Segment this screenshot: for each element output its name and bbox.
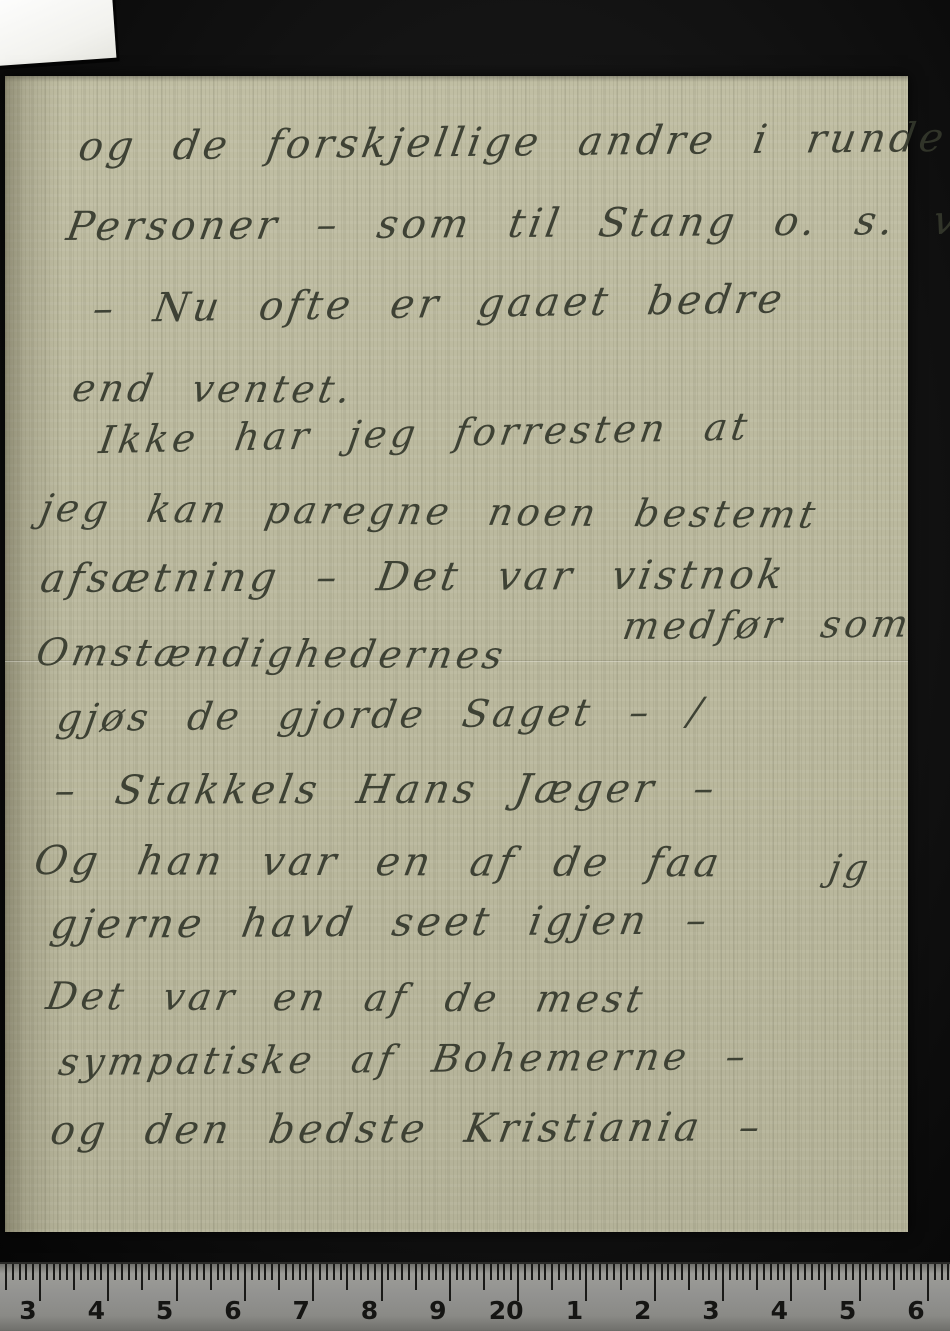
ruler-tick-mm: [100, 1264, 102, 1280]
ruler-tick-cm: [790, 1264, 792, 1301]
ruler-tick-mm: [251, 1264, 253, 1280]
ruler-tick-half: [346, 1264, 348, 1290]
ruler-tick-mm: [763, 1264, 765, 1280]
ruler-tick-mm: [886, 1264, 888, 1280]
ruler-tick-mm: [934, 1264, 936, 1280]
ruler-tick-mm: [421, 1264, 423, 1280]
ruler-tick-mm: [87, 1264, 89, 1280]
handwritten-line: – Stakkels Hans Jæger –: [51, 766, 722, 814]
ruler-number: 8: [361, 1296, 378, 1325]
ruler-tick-mm: [633, 1264, 635, 1280]
ruler-tick-mm: [292, 1264, 294, 1280]
ruler-number: 5: [839, 1296, 856, 1325]
ruler-tick-mm: [797, 1264, 799, 1280]
ruler-number: 4: [771, 1296, 788, 1325]
ruler-tick-cm: [107, 1264, 109, 1301]
ruler-tick-mm: [695, 1264, 697, 1280]
handwritten-line: Omstændighedernes: [33, 630, 510, 677]
ruler-tick-mm: [271, 1264, 273, 1280]
handwritten-line: Personer – som til Stang o. s. v: [63, 198, 950, 250]
ruler-tick-mm: [189, 1264, 191, 1280]
ruler-tick-mm: [237, 1264, 239, 1280]
ruler-tick-mm: [19, 1264, 21, 1280]
ruler-tick-mm: [25, 1264, 27, 1280]
ruler-tick-mm: [538, 1264, 540, 1280]
ruler-tick-mm: [374, 1264, 376, 1280]
ruler-tick-mm: [476, 1264, 478, 1280]
ruler-tick-mm: [340, 1264, 342, 1280]
ruler-tick-cm: [859, 1264, 861, 1301]
ruler-tick-mm: [442, 1264, 444, 1280]
ruler-tick-mm: [162, 1264, 164, 1280]
ruler-tick-mm: [128, 1264, 130, 1280]
ruler-tick-mm: [148, 1264, 150, 1280]
ruler-tick-mm: [592, 1264, 594, 1280]
ruler-tick-mm: [367, 1264, 369, 1280]
ruler-tick-mm: [606, 1264, 608, 1280]
ruler-number: 6: [224, 1296, 241, 1325]
ruler-tick-half: [141, 1264, 143, 1290]
ruler-number: 1: [566, 1296, 583, 1325]
ruler-number: 3: [702, 1296, 719, 1325]
ruler-tick-mm: [32, 1264, 34, 1280]
ruler-tick-mm: [947, 1264, 949, 1280]
ruler-tick-mm: [428, 1264, 430, 1280]
ruler-tick-mm: [599, 1264, 601, 1280]
ruler-tick-mm: [469, 1264, 471, 1280]
ruler-tick-mm: [626, 1264, 628, 1280]
ruler-tick-mm: [230, 1264, 232, 1280]
ruler-tick-half: [415, 1264, 417, 1290]
scan-background: og de forskjellige andre i rundePersoner…: [0, 0, 950, 1331]
ruler-tick-mm: [831, 1264, 833, 1280]
ruler-tick-mm: [565, 1264, 567, 1280]
handwritten-line: medfør som: [620, 601, 916, 648]
ruler-tick-half: [278, 1264, 280, 1290]
ruler-tick-mm: [258, 1264, 260, 1280]
ruler-tick-mm: [510, 1264, 512, 1280]
ruler-tick-mm: [182, 1264, 184, 1280]
ruler-tick-mm: [462, 1264, 464, 1280]
ruler-tick-mm: [736, 1264, 738, 1280]
ruler-tick-cm: [312, 1264, 314, 1301]
ruler-tick-mm: [941, 1264, 943, 1280]
ruler: 345678920123456: [0, 1262, 950, 1331]
ruler-tick-mm: [742, 1264, 744, 1280]
ruler-tick-mm: [408, 1264, 410, 1280]
ruler-tick-mm: [900, 1264, 902, 1280]
ruler-tick-mm: [777, 1264, 779, 1280]
ruler-tick-mm: [579, 1264, 581, 1280]
ruler-tick-mm: [169, 1264, 171, 1280]
ruler-tick-cm: [449, 1264, 451, 1301]
corner-tab: [0, 0, 116, 66]
ruler-tick-mm: [681, 1264, 683, 1280]
ruler-tick-mm: [155, 1264, 157, 1280]
ruler-tick-mm: [66, 1264, 68, 1280]
ruler-tick-mm: [913, 1264, 915, 1280]
ruler-tick-half: [688, 1264, 690, 1290]
ruler-number: 4: [88, 1296, 105, 1325]
handwritten-line: end ventet.: [69, 366, 358, 411]
ruler-number: 6: [907, 1296, 924, 1325]
ruler-tick-mm: [285, 1264, 287, 1280]
ruler-tick-mm: [661, 1264, 663, 1280]
ruler-tick-mm: [394, 1264, 396, 1280]
handwritten-line: jeg kan paregne noen bestemt: [37, 486, 823, 537]
ruler-tick-mm: [299, 1264, 301, 1280]
ruler-tick-mm: [80, 1264, 82, 1280]
ruler-tick-mm: [435, 1264, 437, 1280]
ruler-tick-mm: [838, 1264, 840, 1280]
ruler-tick-cm: [654, 1264, 656, 1301]
handwritten-line: Det var en af de mest: [43, 974, 650, 1021]
ruler-tick-cm: [381, 1264, 383, 1301]
handwritten-line: og den bedste Kristiania –: [47, 1104, 767, 1154]
ruler-tick-cm: [244, 1264, 246, 1301]
ruler-tick-cm: [722, 1264, 724, 1301]
ruler-tick-half: [483, 1264, 485, 1290]
ruler-number: 3: [19, 1296, 36, 1325]
ruler-tick-mm: [906, 1264, 908, 1280]
ruler-tick-mm: [531, 1264, 533, 1280]
ruler-tick-mm: [196, 1264, 198, 1280]
ruler-tick-mm: [217, 1264, 219, 1280]
ruler-tick-mm: [702, 1264, 704, 1280]
ruler-tick-half: [893, 1264, 895, 1290]
ruler-tick-mm: [46, 1264, 48, 1280]
ruler-tick-mm: [811, 1264, 813, 1280]
ruler-tick-mm: [305, 1264, 307, 1280]
ruler-tick-half: [210, 1264, 212, 1290]
ruler-tick-cm: [927, 1264, 929, 1301]
ruler-tick-mm: [872, 1264, 874, 1280]
ruler-tick-mm: [12, 1264, 14, 1280]
letter-page: og de forskjellige andre i rundePersoner…: [5, 76, 908, 1232]
ruler-tick-mm: [524, 1264, 526, 1280]
ruler-tick-mm: [613, 1264, 615, 1280]
ruler-tick-mm: [387, 1264, 389, 1280]
handwritten-line: afsætning – Det var vistnok: [37, 552, 790, 602]
ruler-tick-mm: [333, 1264, 335, 1280]
ruler-tick-half: [824, 1264, 826, 1290]
ruler-tick-mm: [920, 1264, 922, 1280]
ruler-tick-cm: [585, 1264, 587, 1301]
ruler-tick-mm: [708, 1264, 710, 1280]
ruler-tick-cm: [176, 1264, 178, 1301]
handwritten-line: Og han var en af de faa: [31, 838, 727, 886]
ruler-tick-mm: [135, 1264, 137, 1280]
ruler-tick-mm: [558, 1264, 560, 1280]
ruler-tick-half: [5, 1264, 7, 1290]
ruler-tick-mm: [503, 1264, 505, 1280]
ruler-tick-half: [756, 1264, 758, 1290]
ruler-tick-mm: [326, 1264, 328, 1280]
ruler-tick-mm: [715, 1264, 717, 1280]
ruler-tick-mm: [114, 1264, 116, 1280]
ruler-tick-mm: [852, 1264, 854, 1280]
ruler-tick-mm: [783, 1264, 785, 1280]
ruler-tick-mm: [749, 1264, 751, 1280]
handwritten-line: Ikke har jeg forresten at: [96, 404, 754, 462]
ruler-tick-cm: [39, 1264, 41, 1301]
ruler-tick-mm: [94, 1264, 96, 1280]
handwritten-line: jg: [826, 848, 875, 889]
ruler-number: 2: [634, 1296, 651, 1325]
ruler-tick-mm: [223, 1264, 225, 1280]
handwritten-line: og de forskjellige andre i runde: [75, 115, 950, 170]
ruler-tick-mm: [845, 1264, 847, 1280]
ruler-tick-half: [620, 1264, 622, 1290]
ruler-tick-mm: [319, 1264, 321, 1280]
handwritten-line: – Nu ofte er gaaet bedre: [90, 276, 790, 332]
handwritten-line: gjerne havd seet igjen –: [47, 897, 714, 948]
ruler-tick-mm: [264, 1264, 266, 1280]
handwritten-line: gjøs de gjorde Saget – /: [54, 689, 709, 740]
ruler-number: 20: [489, 1296, 524, 1325]
ruler-tick-half: [551, 1264, 553, 1290]
ruler-tick-mm: [667, 1264, 669, 1280]
ruler-tick-mm: [360, 1264, 362, 1280]
ruler-tick-mm: [879, 1264, 881, 1280]
ruler-tick-mm: [865, 1264, 867, 1280]
ruler-tick-mm: [818, 1264, 820, 1280]
ruler-number: 7: [292, 1296, 309, 1325]
handwritten-line: sympatiske af Bohemerne –: [56, 1034, 753, 1084]
ruler-number: 5: [156, 1296, 173, 1325]
ruler-number: 9: [429, 1296, 446, 1325]
ruler-tick-mm: [804, 1264, 806, 1280]
ruler-tick-mm: [497, 1264, 499, 1280]
ruler-tick-mm: [647, 1264, 649, 1280]
ruler-tick-mm: [456, 1264, 458, 1280]
ruler-tick-mm: [572, 1264, 574, 1280]
ruler-tick-mm: [59, 1264, 61, 1280]
ruler-tick-half: [73, 1264, 75, 1290]
ruler-tick-mm: [353, 1264, 355, 1280]
ruler-tick-mm: [770, 1264, 772, 1280]
handwriting-layer: og de forskjellige andre i rundePersoner…: [5, 76, 908, 1232]
ruler-tick-mm: [729, 1264, 731, 1280]
ruler-tick-mm: [674, 1264, 676, 1280]
ruler-tick-mm: [401, 1264, 403, 1280]
ruler-tick-mm: [544, 1264, 546, 1280]
ruler-tick-mm: [121, 1264, 123, 1280]
ruler-tick-mm: [203, 1264, 205, 1280]
ruler-tick-mm: [490, 1264, 492, 1280]
ruler-tick-mm: [640, 1264, 642, 1280]
ruler-tick-mm: [53, 1264, 55, 1280]
